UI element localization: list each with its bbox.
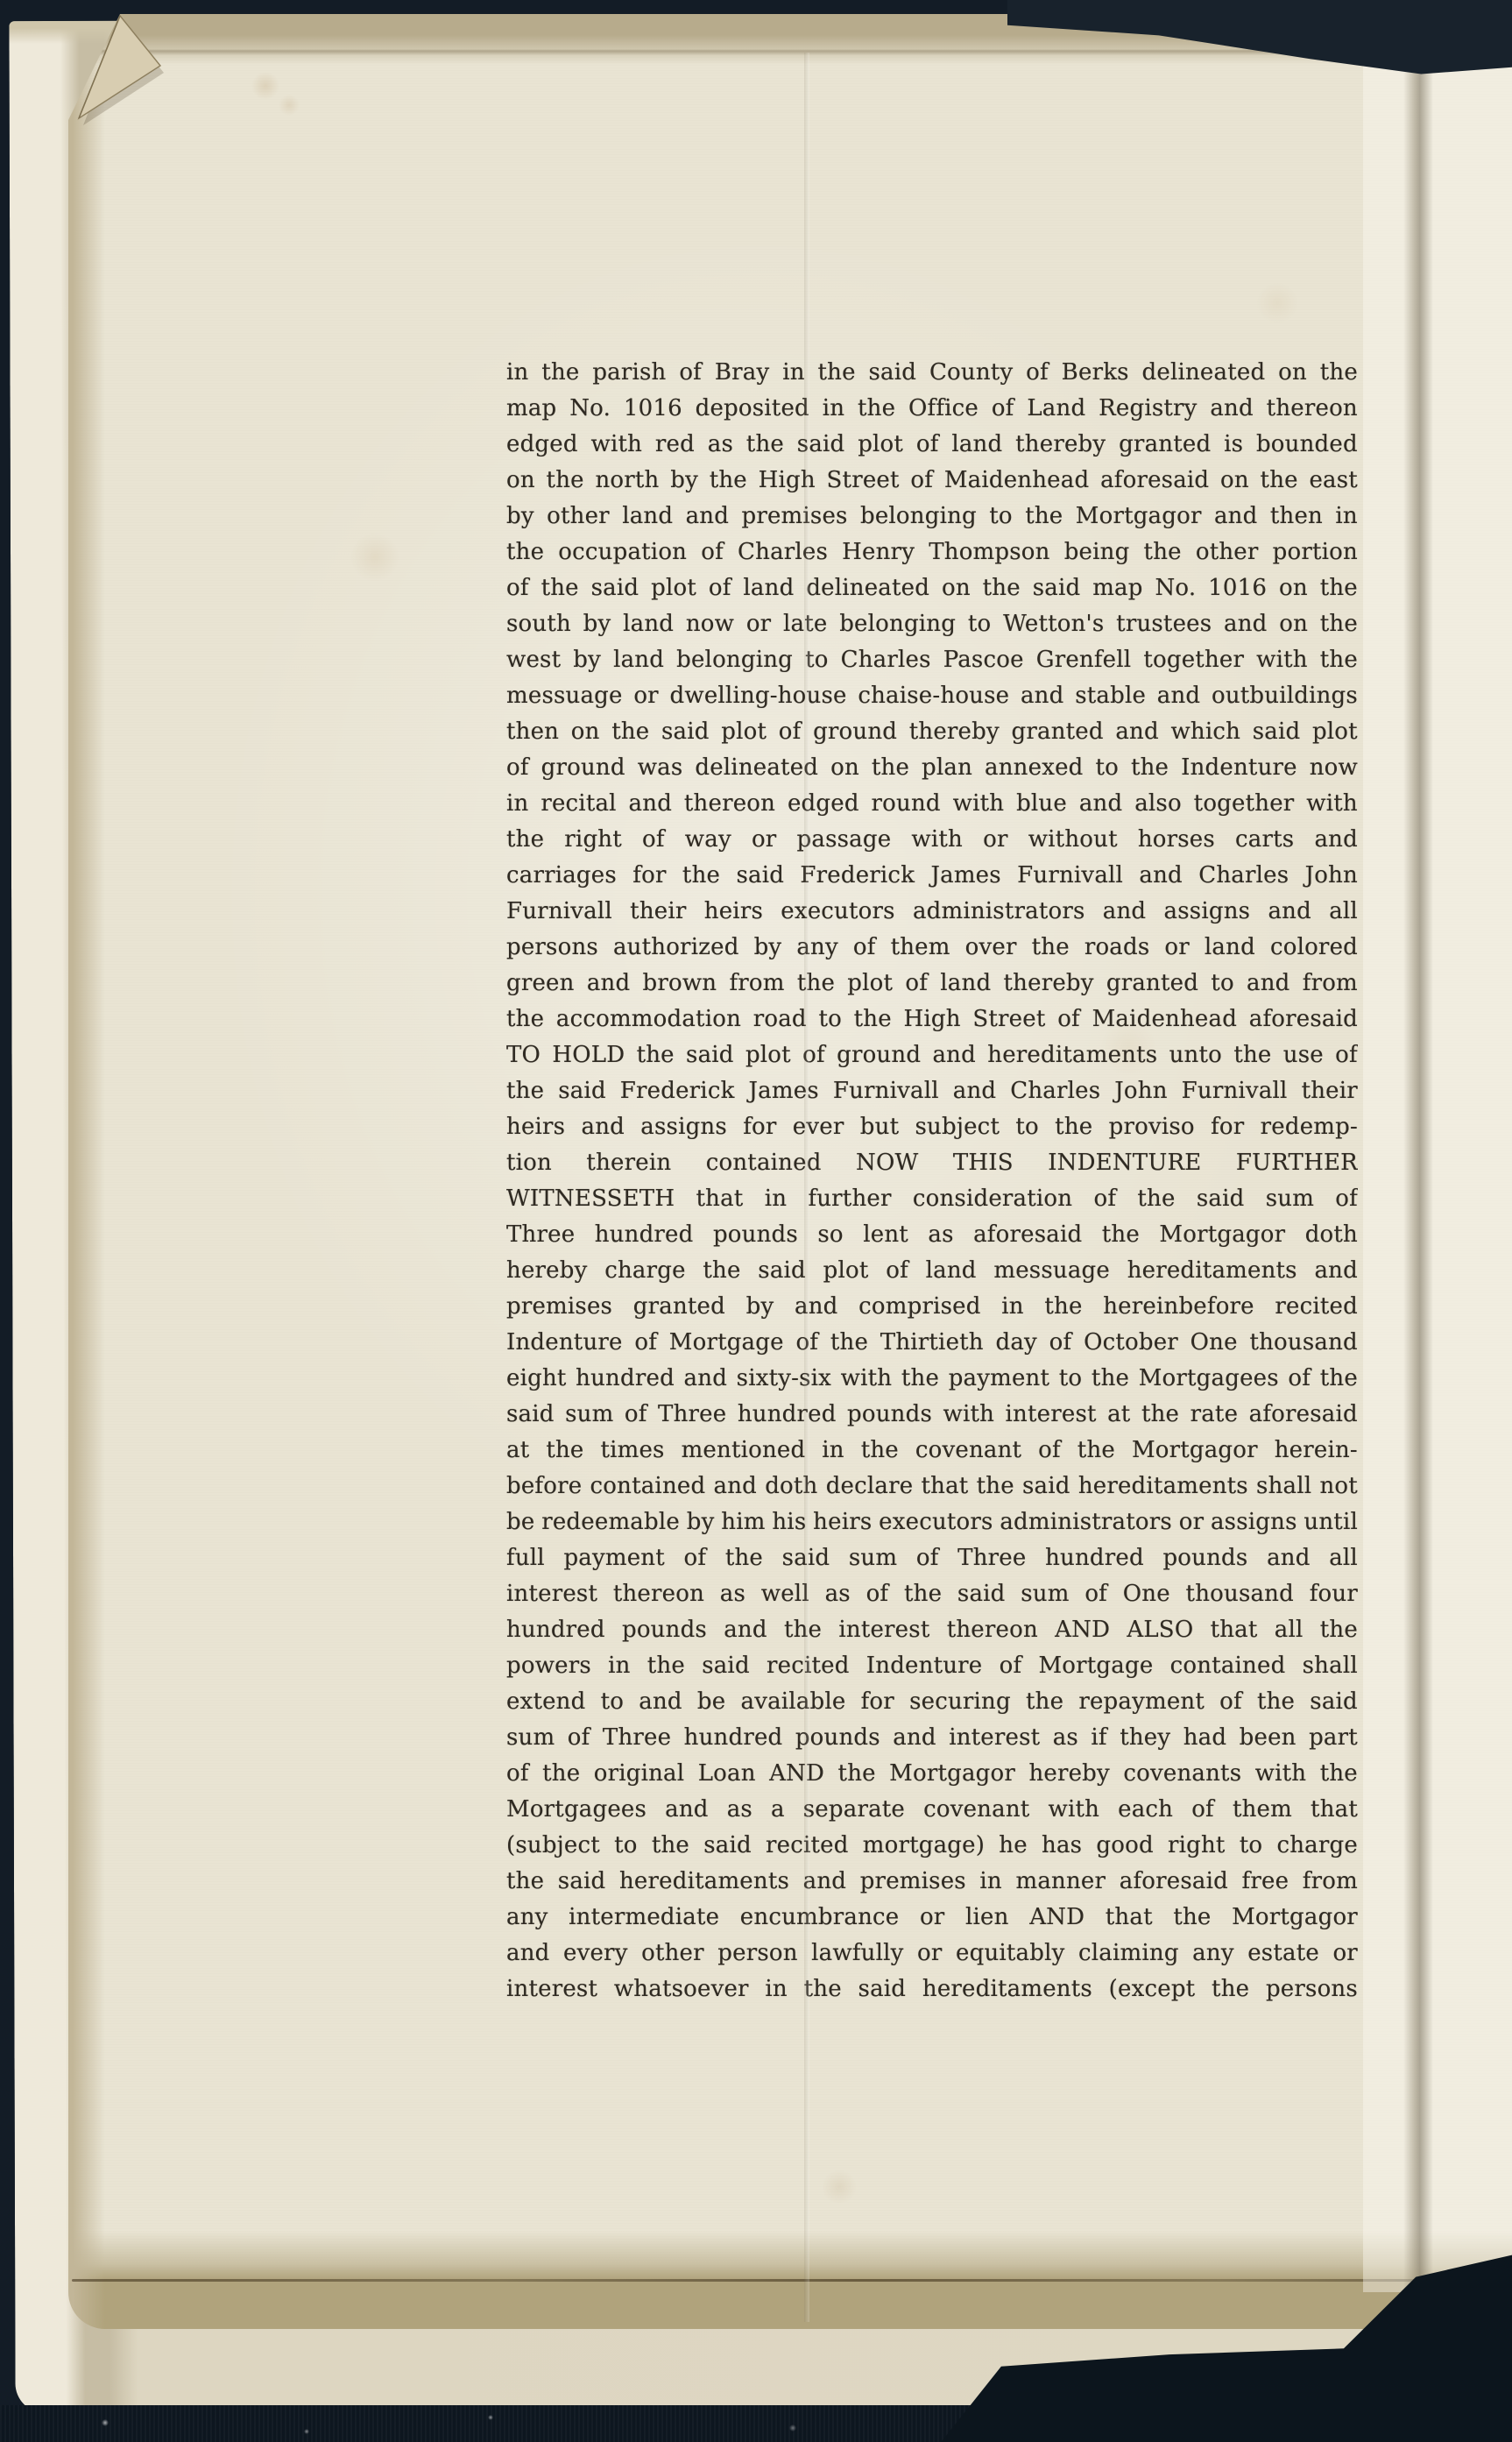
text-line: andeveryotherpersonlawfullyorequitablycl… [506,1940,1358,1976]
text-line: herebychargethesaidplotoflandmessuageher… [506,1257,1358,1293]
text-line: edgedwithredasthesaidplotoflandtherebygr… [506,431,1358,467]
text-line: therightofwayorpassagewithorwithouthorse… [506,826,1358,862]
text-line: mapNo.1016depositedintheOfficeofLandRegi… [506,395,1358,431]
text-line: theoccupationofCharlesHenryThompsonbeing… [506,539,1358,575]
text-line: WITNESSETHthatinfurtherconsiderationofth… [506,1186,1358,1221]
text-line: onthenorthbytheHighStreetofMaidenheadafo… [506,467,1358,503]
text-line: greenandbrownfromtheplotoflandtherebygra… [506,970,1358,1006]
text-line: southbylandnoworlatebelongingtoWetton'st… [506,611,1358,647]
text-line: byotherlandandpremisesbelongingtotheMort… [506,503,1358,539]
scanned-book-page: intheparishofBrayinthesaidCountyofBerksd… [0,0,1512,2442]
text-line: personsauthorizedbyanyofthemovertheroads… [506,934,1358,970]
text-line: westbylandbelongingtoCharlesPascoeGrenfe… [506,647,1358,683]
text-line: thesaidhereditamentsandpremisesinmannera… [506,1868,1358,1904]
text-line: beredeemablebyhimhisheirsexecutorsadmini… [506,1509,1358,1545]
text-line: Furnivalltheirheirsexecutorsadministrato… [506,898,1358,934]
text-line: fullpaymentofthesaidsumofThreehundredpou… [506,1545,1358,1581]
text-line: Mortgageesandasaseparatecovenantwitheach… [506,1796,1358,1832]
page-fold-corner [74,11,168,126]
text-line: interestwhatsoeverinthesaidhereditaments… [506,1976,1358,2012]
text-line: intheparishofBrayinthesaidCountyofBerksd… [506,359,1358,395]
text-line: anyintermediateencumbranceorlienANDthatt… [506,1904,1358,1940]
text-line: beforecontainedanddothdeclarethatthesaid… [506,1473,1358,1509]
text-line: thesaidFrederickJamesFurnivallandCharles… [506,1078,1358,1114]
text-line: IndentureofMortgageoftheThirtiethdayofOc… [506,1329,1358,1365]
text-line: ofthesaidplotoflanddelineatedonthesaidma… [506,575,1358,611]
text-line: sumofThreehundredpoundsandinterestasifth… [506,1724,1358,1760]
text-line: extendtoandbeavailableforsecuringtherepa… [506,1688,1358,1724]
text-line: theaccommodationroadtotheHighStreetofMai… [506,1006,1358,1042]
text-line: thenonthesaidplotofgroundtherebygranteda… [506,718,1358,754]
text-line: eighthundredandsixty-sixwiththepaymentto… [506,1365,1358,1401]
text-line: ofgroundwasdelineatedontheplanannexedtot… [506,754,1358,790]
text-line: premisesgrantedbyandcomprisedintheherein… [506,1293,1358,1329]
text-line: atthetimesmentionedinthecovenantoftheMor… [506,1437,1358,1473]
text-line: TOHOLDthesaidplotofgroundandhereditament… [506,1042,1358,1078]
text-line: saidsumofThreehundredpoundswithinteresta… [506,1401,1358,1437]
text-line: oftheoriginalLoanANDtheMortgagorherebyco… [506,1760,1358,1796]
text-line: ThreehundredpoundssolentasaforesaidtheMo… [506,1221,1358,1257]
text-block: intheparishofBrayinthesaidCountyofBerksd… [506,359,1358,2012]
text-line: hundredpoundsandtheinterestthereonANDALS… [506,1617,1358,1653]
text-line: carriagesforthesaidFrederickJamesFurniva… [506,862,1358,898]
text-line: heirsandassignsforeverbutsubjecttothepro… [506,1114,1358,1150]
text-line: interestthereonaswellasofthesaidsumofOne… [506,1581,1358,1617]
text-line: powersinthesaidrecitedIndentureofMortgag… [506,1653,1358,1688]
text-line: messuageordwelling-housechaise-houseands… [506,683,1358,718]
text-line: inrecitalandthereonedgedroundwithblueand… [506,790,1358,826]
text-line: tionthereincontainedNOWTHISINDENTUREFURT… [506,1150,1358,1186]
text-line: (subjecttothesaidrecitedmortgage)hehasgo… [506,1832,1358,1868]
